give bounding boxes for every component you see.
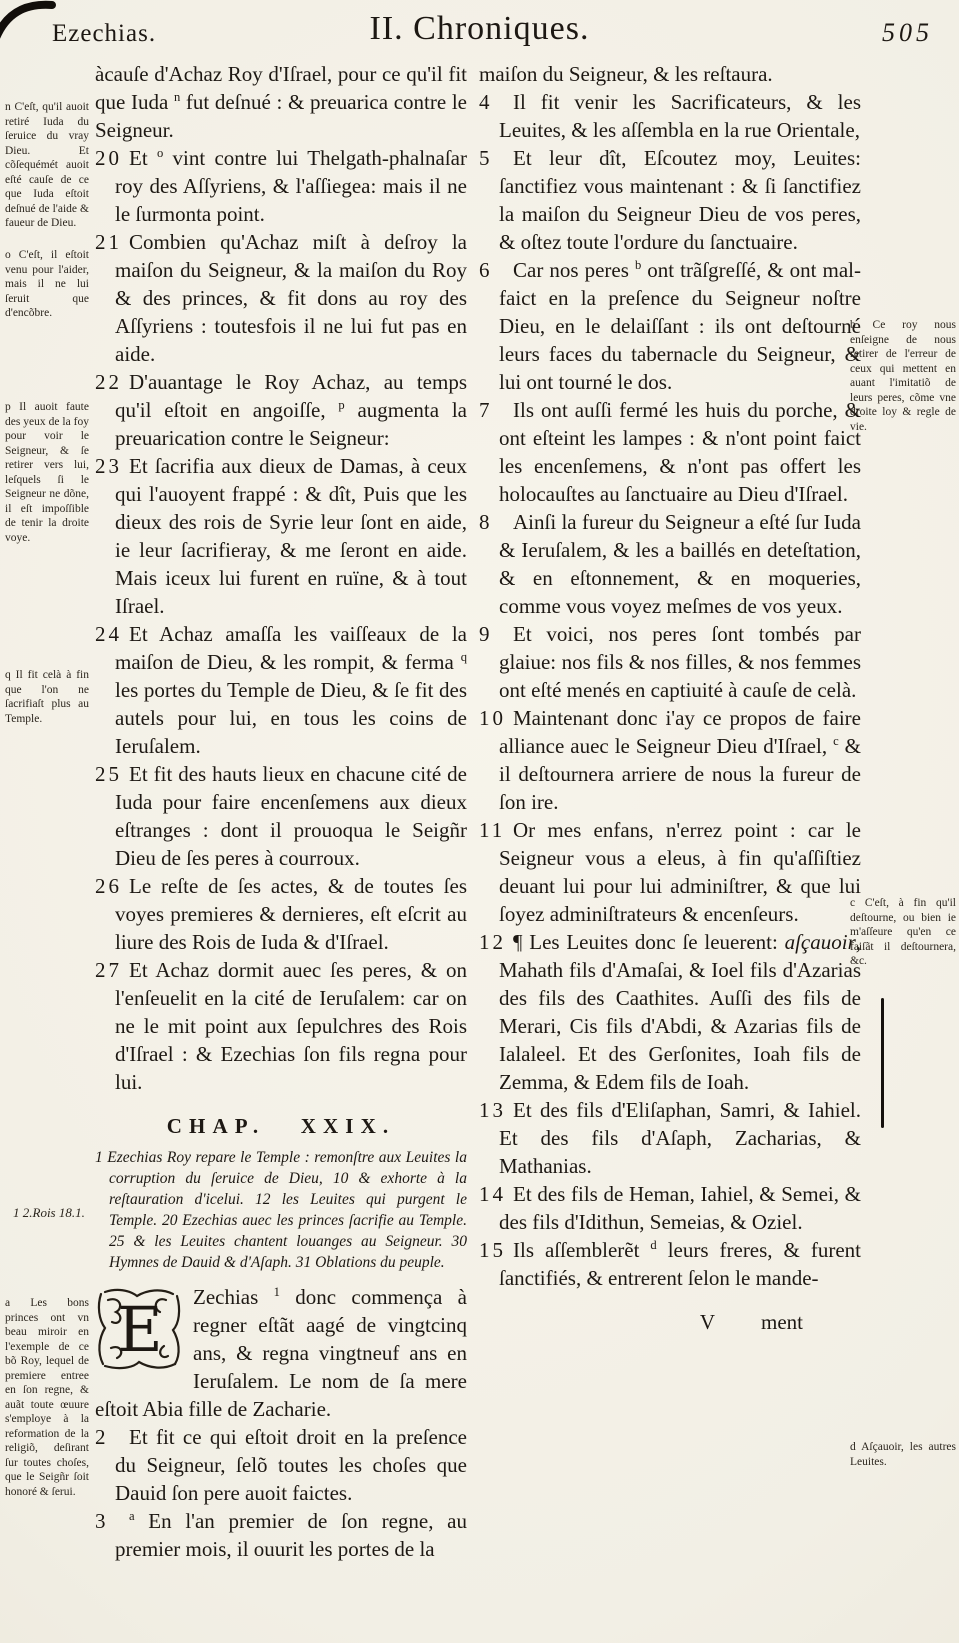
verse-text: D'auantage le Roy Achaz, au temps qu'il … bbox=[115, 370, 467, 450]
verse-number: 5 bbox=[479, 144, 513, 172]
verse-paragraph: 24Et Achaz amaſſa les vaiſſeaux de la ma… bbox=[95, 620, 467, 760]
verse-text: Car nos peres b ont trãſgreſſé, & ont ma… bbox=[499, 258, 861, 394]
verse-text: ¶ Les Leuites donc ſe leuerent: aſçauoir… bbox=[499, 930, 861, 1094]
verse-paragraph: 23Et ſacrifia aux dieux de Damas, à ceux… bbox=[95, 452, 467, 620]
verse-paragraph: 13Et des fils d'Eliſaphan, Samri, & Iahi… bbox=[479, 1096, 861, 1180]
margin-note: d Aſçauoir, les autres Leuites. bbox=[850, 1440, 956, 1469]
verse-text: Et ſacrifia aux dieux de Damas, à ceux q… bbox=[115, 454, 467, 618]
verse-number: 8 bbox=[479, 508, 513, 536]
verse-number: 10 bbox=[479, 704, 513, 732]
verse-number: 3 bbox=[95, 1507, 129, 1535]
verse-paragraph: 6Car nos peres b ont trãſgreſſé, & ont m… bbox=[479, 256, 861, 396]
verses-chap29-start: E Zechias 1 donc commença à regner eſtãt… bbox=[95, 1283, 467, 1563]
verse-number: 11 bbox=[479, 816, 513, 844]
verse-paragraph: 14Et des fils de Heman, Iahiel, & Semei,… bbox=[479, 1180, 861, 1236]
verse-paragraph: 11Or mes enfans, n'errez point : car le … bbox=[479, 816, 861, 928]
verse-text: Il fit venir les Sacrificateurs, & les L… bbox=[499, 90, 861, 142]
chapter-heading: CHAP. XXIX. bbox=[95, 1112, 467, 1140]
verses-chap29: maiſon du Seigneur, & les reſtaura.4Il f… bbox=[479, 60, 861, 1292]
verse-number: 15 bbox=[479, 1236, 513, 1264]
signature-line: V ment bbox=[479, 1308, 861, 1336]
verse-text: a En l'an premier de ſon regne, au premi… bbox=[115, 1509, 467, 1561]
verse-number: 23 bbox=[95, 452, 129, 480]
verse-paragraph: E Zechias 1 donc commença à regner eſtãt… bbox=[95, 1283, 467, 1423]
verse-number: 9 bbox=[479, 620, 513, 648]
verse-text: Or mes enfans, n'errez point : car le Se… bbox=[499, 818, 861, 926]
verse-number: 25 bbox=[95, 760, 129, 788]
verse-paragraph: 15Ils aſſemblerẽt d leurs freres, & fure… bbox=[479, 1236, 861, 1292]
text-column-left: àcauſe d'Achaz Roy d'Iſrael, pour ce qu'… bbox=[95, 60, 467, 1563]
verse-paragraph: 22D'auantage le Roy Achaz, au temps qu'i… bbox=[95, 368, 467, 452]
verse-text: maiſon du Seigneur, & les reſtaura. bbox=[479, 62, 773, 86]
verse-number: 20 bbox=[95, 144, 129, 172]
verse-number: 14 bbox=[479, 1180, 513, 1208]
verses-chap28: àcauſe d'Achaz Roy d'Iſrael, pour ce qu'… bbox=[95, 60, 467, 1096]
margin-note: 1 2.Rois 18.1. bbox=[5, 1206, 89, 1221]
verse-text: àcauſe d'Achaz Roy d'Iſrael, pour ce qu'… bbox=[95, 62, 467, 142]
verse-number: 2 bbox=[95, 1423, 129, 1451]
verse-number: 27 bbox=[95, 956, 129, 984]
verse-number: 12 bbox=[479, 928, 513, 956]
page-title: II. Chroniques. bbox=[0, 10, 959, 48]
verse-paragraph: 12¶ Les Leuites donc ſe leuerent: aſçauo… bbox=[479, 928, 861, 1096]
verse-text: Ils aſſemblerẽt d leurs freres, & furent… bbox=[499, 1238, 861, 1290]
margin-note: o C'eſt, il eſtoit venu pour l'aider, ma… bbox=[5, 248, 89, 321]
verse-text: Et des fils d'Eliſaphan, Samri, & Iahiel… bbox=[499, 1098, 861, 1178]
text-body: àcauſe d'Achaz Roy d'Iſrael, pour ce qu'… bbox=[95, 60, 861, 1563]
drop-cap-initial-icon: E bbox=[95, 1286, 183, 1372]
verse-text: Et o vint contre lui Thelgath-phalnaſar … bbox=[115, 146, 467, 226]
verse-paragraph: 9Et voici, nos peres ſont tombés par gla… bbox=[479, 620, 861, 704]
verse-number: 6 bbox=[479, 256, 513, 284]
verse-paragraph: àcauſe d'Achaz Roy d'Iſrael, pour ce qu'… bbox=[95, 60, 467, 144]
book-page: Ezechias. II. Chroniques. 505 n C'eſt, q… bbox=[0, 0, 959, 1643]
margin-note: n C'eſt, qu'il auoit retiré Iuda du ſeru… bbox=[5, 100, 89, 231]
verse-text: Et Achaz dormit auec ſes peres, & on l'e… bbox=[115, 958, 467, 1094]
verse-paragraph: 20Et o vint contre lui Thelgath-phalnaſa… bbox=[95, 144, 467, 228]
verse-text: E Zechias 1 donc commença à regner eſtãt… bbox=[95, 1285, 467, 1421]
verse-text: Ils ont auſſi fermé les huis du porche, … bbox=[499, 398, 861, 506]
verse-text: Et des fils de Heman, Iahiel, & Semei, &… bbox=[499, 1182, 861, 1234]
chapter-summary: 1 Ezechias Roy repare le Temple : remonſ… bbox=[95, 1147, 467, 1273]
margin-note: q Il fit celà à fin que l'on ne ſacrifia… bbox=[5, 668, 89, 726]
catchword: ment bbox=[761, 1308, 803, 1336]
verse-number: 24 bbox=[95, 620, 129, 648]
verse-text: Et voici, nos peres ſont tombés par glai… bbox=[499, 622, 861, 702]
verse-paragraph: 4Il fit venir les Sacrificateurs, & les … bbox=[479, 88, 861, 144]
margin-note: b Ce roy nous enſeigne de nous retirer d… bbox=[850, 318, 956, 434]
verse-text: Et Achaz amaſſa les vaiſſeaux de la maiſ… bbox=[115, 622, 467, 758]
verse-number: 4 bbox=[479, 88, 513, 116]
verse-paragraph: 5Et leur dît, Eſcoutez moy, Leuites: ſan… bbox=[479, 144, 861, 256]
ink-line-artifact bbox=[881, 998, 884, 1128]
svg-text:E: E bbox=[117, 1293, 162, 1366]
verse-paragraph: 3a En l'an premier de ſon regne, au prem… bbox=[95, 1507, 467, 1563]
verse-number: 26 bbox=[95, 872, 129, 900]
margin-note: c C'eſt, à fin qu'il deſtourne, ou bien … bbox=[850, 896, 956, 969]
verse-text: Ainſi la fureur du Seigneur a eſté ſur I… bbox=[499, 510, 861, 618]
verse-number: 21 bbox=[95, 228, 129, 256]
verse-paragraph: 8Ainſi la fureur du Seigneur a eſté ſur … bbox=[479, 508, 861, 620]
signature-letter: V bbox=[700, 1308, 715, 1336]
verse-text: Maintenant donc i'ay ce propos de faire … bbox=[499, 706, 861, 814]
verse-text: Le reſte de ſes actes, & de toutes ſes v… bbox=[115, 874, 467, 954]
verse-text: Combien qu'Achaz miſt à deſroy la maiſon… bbox=[115, 230, 467, 366]
verse-text: Et fit des hauts lieux en chacune cité d… bbox=[115, 762, 467, 870]
verse-number: 13 bbox=[479, 1096, 513, 1124]
verse-paragraph: 10Maintenant donc i'ay ce propos de fair… bbox=[479, 704, 861, 816]
verse-paragraph: 27Et Achaz dormit auec ſes peres, & on l… bbox=[95, 956, 467, 1096]
verse-paragraph: 21Combien qu'Achaz miſt à deſroy la maiſ… bbox=[95, 228, 467, 368]
page-number: 505 bbox=[882, 18, 933, 48]
verse-paragraph: 2Et fit ce qui eſtoit droit en la preſen… bbox=[95, 1423, 467, 1507]
verse-paragraph: 26Le reſte de ſes actes, & de toutes ſes… bbox=[95, 872, 467, 956]
verse-paragraph: 25Et fit des hauts lieux en chacune cité… bbox=[95, 760, 467, 872]
verse-text: Et fit ce qui eſtoit droit en la preſenc… bbox=[115, 1425, 467, 1505]
verse-paragraph: 7Ils ont auſſi fermé les huis du porche,… bbox=[479, 396, 861, 508]
verse-text: Et leur dît, Eſcoutez moy, Leuites: ſanc… bbox=[499, 146, 861, 254]
verse-number: 7 bbox=[479, 396, 513, 424]
margin-note: p Il auoit faute des yeux de la foy pour… bbox=[5, 400, 89, 545]
margin-note: a Les bons princes ont vn beau miroir en… bbox=[5, 1296, 89, 1499]
verse-paragraph: maiſon du Seigneur, & les reſtaura. bbox=[479, 60, 861, 88]
verse-number: 22 bbox=[95, 368, 129, 396]
text-column-right: maiſon du Seigneur, & les reſtaura.4Il f… bbox=[479, 60, 861, 1563]
